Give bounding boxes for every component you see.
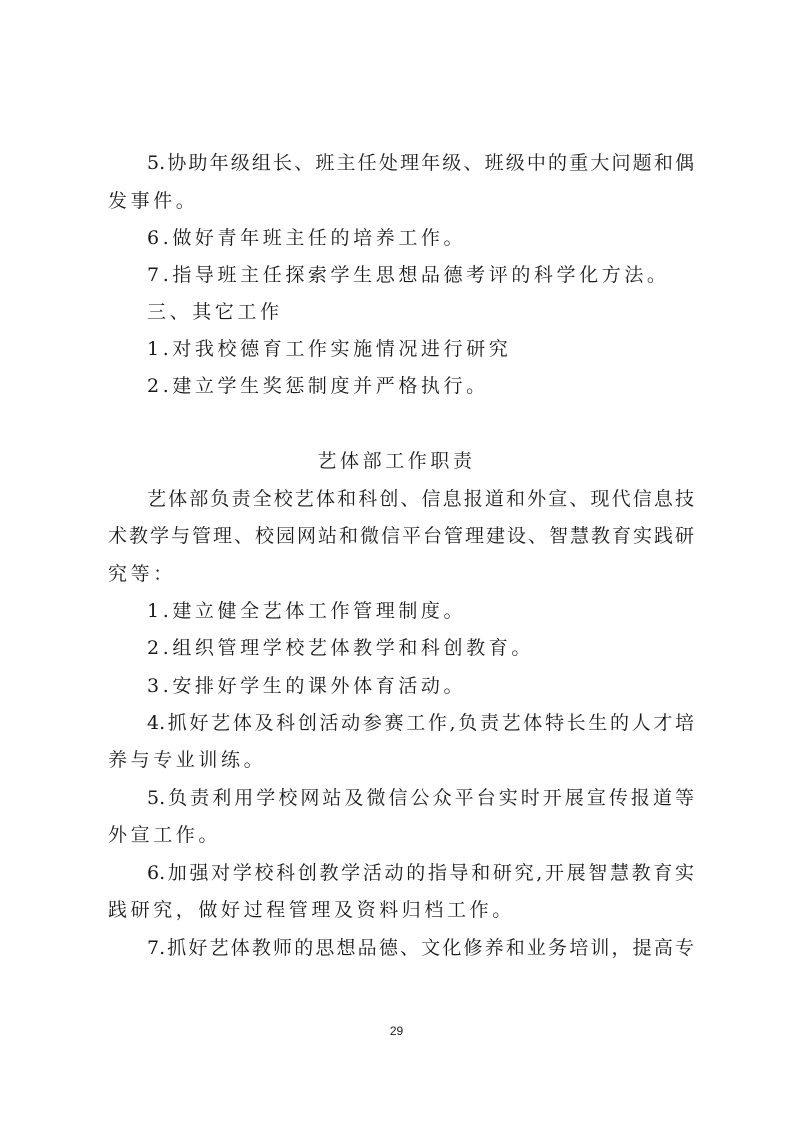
section-heading: 三、其它工作 [147, 299, 694, 325]
section-title: 艺体部工作职责 [0, 448, 793, 474]
list-item: 6.加强对学校科创教学活动的指导和研究,开展智慧教育实 [147, 860, 694, 886]
paragraph-line: 艺体部负责全校艺体和科创、信息报道和外宣、现代信息技 [147, 486, 694, 512]
paragraph-line: 术教学与管理、校园网站和微信平台管理建设、智慧教育实践研 [108, 523, 694, 549]
list-item: 5.负责利用学校网站及微信公众平台实时开展宣传报道等 [147, 785, 694, 811]
list-item: 3.安排好学生的课外体育活动。 [147, 673, 694, 699]
paragraph-line: 2.建立学生奖惩制度并严格执行。 [147, 373, 694, 399]
list-item: 4.抓好艺体及科创活动参赛工作,负责艺体特长生的人才培 [147, 710, 694, 736]
paragraph-line: 1.对我校德育工作实施情况进行研究 [147, 336, 694, 362]
paragraph-line: 究等： [108, 561, 694, 587]
paragraph-line: 践研究，做好过程管理及资料归档工作。 [108, 897, 694, 923]
list-item: 1.建立健全艺体工作管理制度。 [147, 598, 694, 624]
paragraph-line: 外宣工作。 [108, 822, 694, 848]
document-page: 5.协助年级组长、班主任处理年级、班级中的重大问题和偶 发事件。 6.做好青年班… [0, 0, 793, 1122]
paragraph-line: 7.指导班主任探索学生思想品德考评的科学化方法。 [147, 262, 694, 288]
list-item: 7.抓好艺体教师的思想品德、文化修养和业务培训，提高专 [147, 935, 694, 961]
page-number: 29 [0, 1024, 793, 1038]
paragraph-line: 养与专业训练。 [108, 747, 694, 773]
paragraph-line: 发事件。 [108, 188, 694, 214]
paragraph-line: 5.协助年级组长、班主任处理年级、班级中的重大问题和偶 [147, 150, 694, 176]
list-item: 2.组织管理学校艺体教学和科创教育。 [147, 635, 694, 661]
paragraph-line: 6.做好青年班主任的培养工作。 [147, 225, 694, 251]
